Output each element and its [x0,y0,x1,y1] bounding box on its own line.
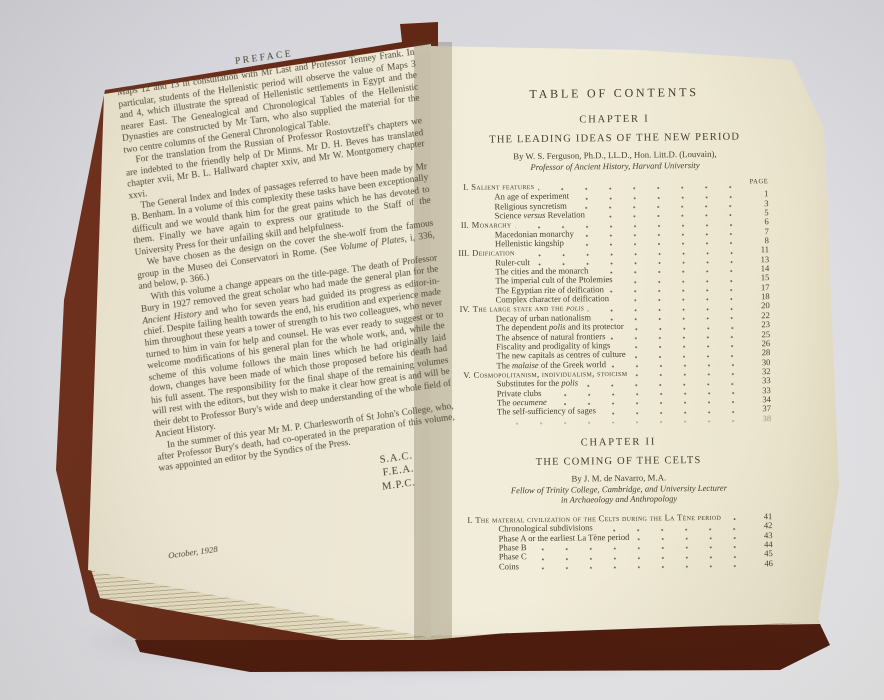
toc-entry-page-number: 46 [751,559,773,569]
toc-entry-label: Coins [499,562,519,572]
toc-entry-numeral: I. [454,516,475,526]
toc-entry-numeral: IV. [452,305,473,315]
toc-entry-numeral: II. [451,221,472,231]
toc-entry-numeral: V. [453,371,474,381]
chapter1-label: CHAPTER I [449,112,779,127]
preface-paragraphs: Maps 12 and 13 in consultation with Mr L… [117,48,457,476]
toc-title: TABLE OF CONTENTS [449,84,779,103]
dot-leader [501,419,745,425]
table-of-contents-block: TABLE OF CONTENTS CHAPTER I THE LEADING … [449,84,785,572]
chapter1-title: THE LEADING IDEAS OF THE NEW PERIOD [450,131,780,146]
preface-text-block: PREFACE Maps 12 and 13 in consultation w… [115,33,466,563]
dot-leader [725,518,746,521]
chapter2-entries: I.The material civilization of the Celts… [454,512,785,572]
page-column-header: PAGE [746,177,768,187]
book-photo: PREFACE Maps 12 and 13 in consultation w… [0,0,884,700]
toc-entry-page-number: 38 [749,414,771,424]
toc-entry-numeral: I. [450,183,471,193]
chapter2-label: CHAPTER II [453,435,783,450]
chapter2-block: CHAPTER II THE COMING OF THE CELTS By J.… [453,435,785,572]
toc-entry-numeral: III. [451,249,472,259]
chapter2-title: THE COMING OF THE CELTS [454,454,784,469]
chapter1-entries: I.Salient featuresPAGEAn age of experime… [450,179,783,427]
